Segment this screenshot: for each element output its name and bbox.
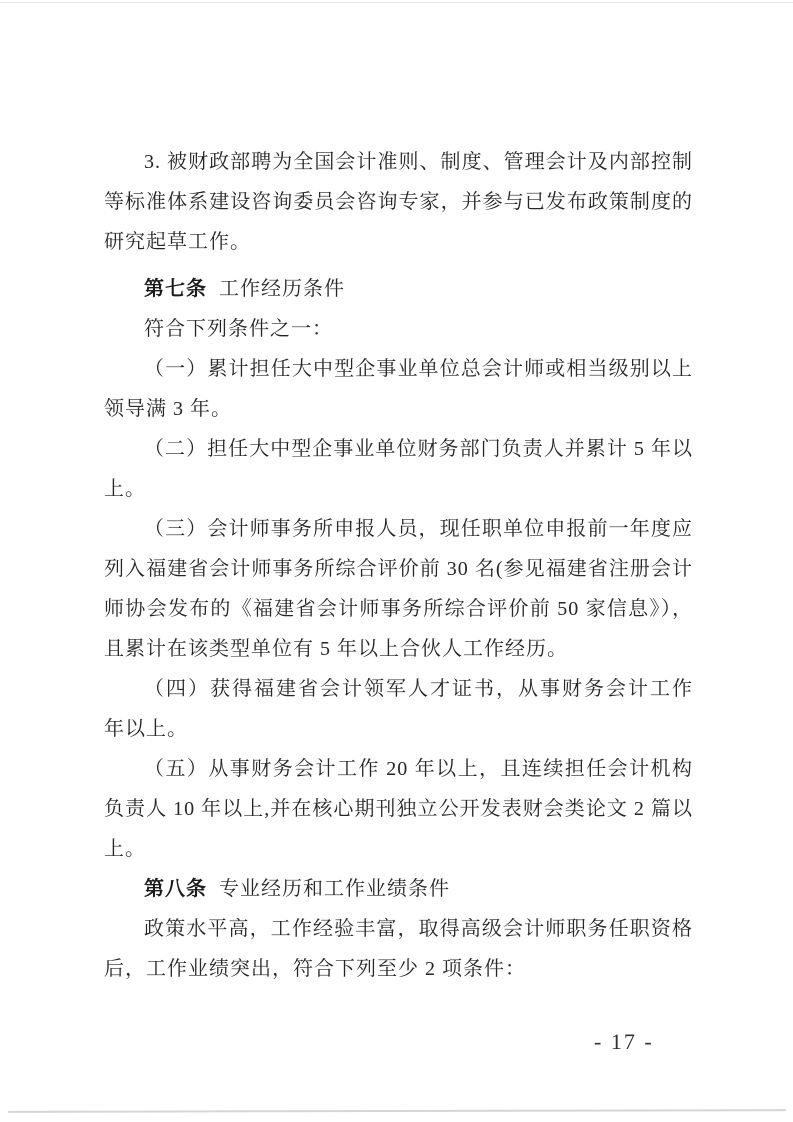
document-body: 3. 被财政部聘为全国会计准则、制度、管理会计及内部控制等标准体系建设咨询委员会… [104,142,693,989]
page-number: - 17 - [594,1028,654,1056]
line-text: 政策水平高，工作经验丰富，取得高级会计师职务任职资格 [144,918,693,940]
text-line: 第七条工作经历条件 [104,269,693,309]
line-text: 师协会发布的《福建省会计师事务所综合评价前 50 家信息》）， [104,598,693,620]
article-heading: 第七条工作经历条件 [104,269,693,309]
text-line: 上。 [104,469,693,509]
line-text: 负责人 10 年以上,并在核心期刊独立公开发表财会类论文 2 篇以 [104,798,693,820]
text-line: 等标准体系建设咨询委员会咨询专家，并参与已发布政策制度的 [104,182,693,222]
paragraph: （四）获得福建省会计领军人才证书，从事财务会计工作 15年以上。 [104,669,693,749]
scan-edge-top [0,2,793,3]
text-line: （一）累计担任大中型企事业单位总会计师或相当级别以上 [104,349,693,389]
paragraph: （一）累计担任大中型企事业单位总会计师或相当级别以上领导满 3 年。 [104,349,693,429]
line-text: （二）担任大中型企事业单位财务部门负责人并累计 5 年以 [144,438,693,460]
text-line: 3. 被财政部聘为全国会计准则、制度、管理会计及内部控制 [104,142,693,182]
paragraph: （二）担任大中型企事业单位财务部门负责人并累计 5 年以上。 [104,429,693,509]
text-line: 年以上。 [104,709,693,749]
text-line: （五）从事财务会计工作 20 年以上，且连续担任会计机构 [104,749,693,789]
text-line: 后，工作业绩突出，符合下列至少 2 项条件： [104,949,693,989]
text-line: 负责人 10 年以上,并在核心期刊独立公开发表财会类论文 2 篇以 [104,789,693,829]
article-number: 第八条 [144,878,207,900]
text-line: 研究起草工作。 [104,222,693,262]
line-text: 上。 [104,478,146,500]
document-page: { "page": { "number": "- 17 -", "colors"… [0,0,793,1122]
scan-edge-bottom [8,1109,786,1113]
line-text: 上。 [104,838,146,860]
text-line: （四）获得福建省会计领军人才证书，从事财务会计工作 15 [104,669,693,709]
line-text: 且累计在该类型单位有 5 年以上合伙人工作经历。 [104,638,568,660]
text-line: 上。 [104,829,693,869]
text-line: 且累计在该类型单位有 5 年以上合伙人工作经历。 [104,629,693,669]
text-line: （三）会计师事务所申报人员，现任职单位申报前一年度应 [104,509,693,549]
paragraph: 3. 被财政部聘为全国会计准则、制度、管理会计及内部控制等标准体系建设咨询委员会… [104,142,693,262]
text-line: 第八条专业经历和工作业绩条件 [104,869,693,909]
line-text: （五）从事财务会计工作 20 年以上，且连续担任会计机构 [144,758,693,780]
article-number: 第七条 [144,278,207,300]
line-text: 工作经历条件 [219,278,345,300]
text-line: 领导满 3 年。 [104,389,693,429]
article-heading: 第八条专业经历和工作业绩条件 [104,869,693,909]
paragraph: 政策水平高，工作经验丰富，取得高级会计师职务任职资格后，工作业绩突出，符合下列至… [104,909,693,989]
text-line: 政策水平高，工作经验丰富，取得高级会计师职务任职资格 [104,909,693,949]
paragraph: （三）会计师事务所申报人员，现任职单位申报前一年度应列入福建省会计师事务所综合评… [104,509,693,669]
line-text: 年以上。 [104,718,188,740]
line-text: 等标准体系建设咨询委员会咨询专家，并参与已发布政策制度的 [104,191,693,213]
text-line: （二）担任大中型企事业单位财务部门负责人并累计 5 年以 [104,429,693,469]
line-text: （一）累计担任大中型企事业单位总会计师或相当级别以上 [144,358,693,380]
line-text: 领导满 3 年。 [104,398,232,420]
line-text: 研究起草工作。 [104,231,251,253]
line-text: （三）会计师事务所申报人员，现任职单位申报前一年度应 [144,518,693,540]
text-line: 符合下列条件之一： [104,309,693,349]
line-text: 列入福建省会计师事务所综合评价前 30 名(参见福建省注册会计 [104,558,693,580]
line-text: 专业经历和工作业绩条件 [219,878,450,900]
paragraph: 符合下列条件之一： [104,309,693,349]
text-line: 师协会发布的《福建省会计师事务所综合评价前 50 家信息》）， [104,589,693,629]
line-text: 符合下列条件之一： [144,318,333,340]
line-text: 后，工作业绩突出，符合下列至少 2 项条件： [104,958,526,980]
line-text: 3. 被财政部聘为全国会计准则、制度、管理会计及内部控制 [144,151,693,173]
paragraph: （五）从事财务会计工作 20 年以上，且连续担任会计机构负责人 10 年以上,并… [104,749,693,869]
text-line: 列入福建省会计师事务所综合评价前 30 名(参见福建省注册会计 [104,549,693,589]
line-text: （四）获得福建省会计领军人才证书，从事财务会计工作 15 [104,678,693,709]
